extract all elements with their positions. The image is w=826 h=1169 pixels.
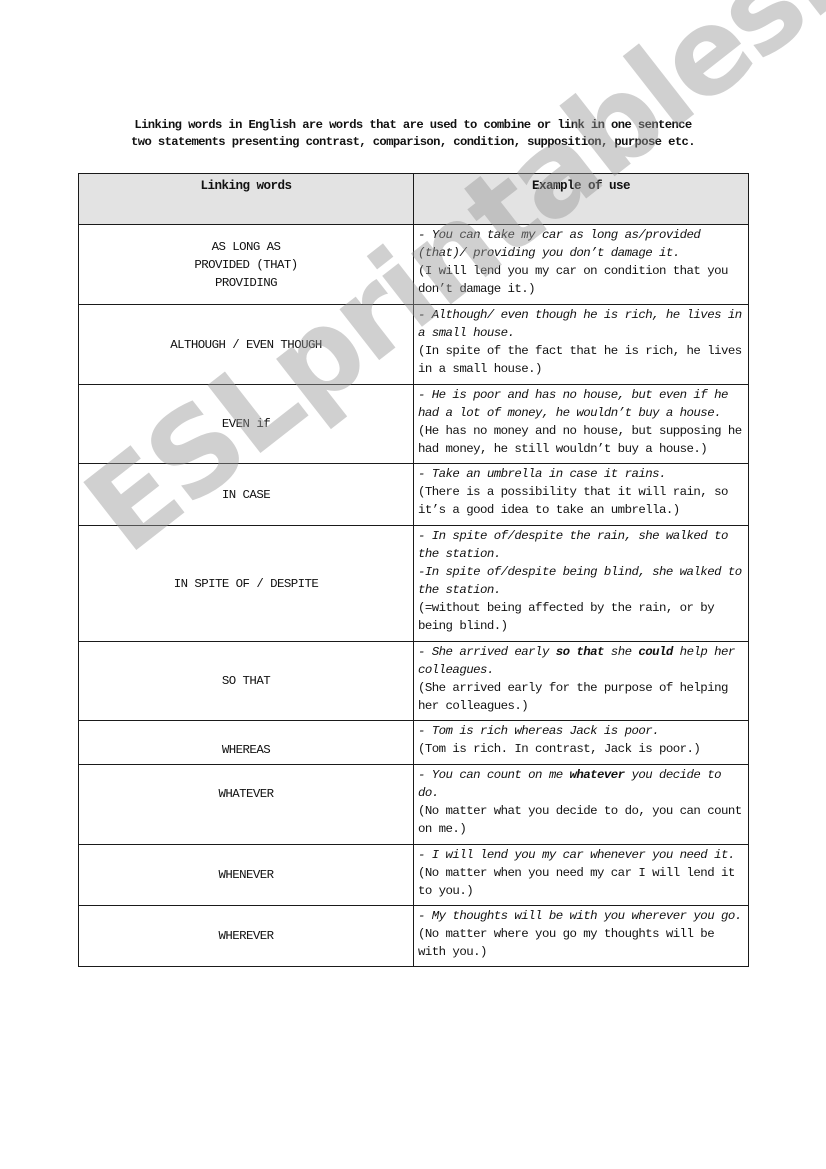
example-text: - You can count on me bbox=[418, 768, 569, 782]
example-sentence: - She arrived early so that she could he… bbox=[418, 643, 746, 679]
example-sentence: - Take an umbrella in case it rains. bbox=[418, 465, 746, 483]
explanation: (He has no money and no house, but suppo… bbox=[418, 422, 746, 458]
example-sentence: - Although/ even though he is rich, he l… bbox=[418, 306, 746, 342]
intro-line-2: two statements presenting contrast, comp… bbox=[100, 134, 726, 151]
example-sentence: - My thoughts will be with you wherever … bbox=[418, 907, 746, 925]
linking-word: WHEREVER bbox=[80, 927, 412, 945]
explanation: (In spite of the fact that he is rich, h… bbox=[418, 342, 746, 378]
example-cell: - He is poor and has no house, but even … bbox=[414, 385, 749, 464]
table-row: IN SPITE OF / DESPITE- In spite of/despi… bbox=[79, 526, 749, 642]
explanation: (No matter what you decide to do, you ca… bbox=[418, 802, 746, 838]
example-sentence: - I will lend you my car whenever you ne… bbox=[418, 846, 746, 864]
example-sentence: - You can count on me whatever you decid… bbox=[418, 766, 746, 802]
linking-word-cell: SO THAT bbox=[79, 642, 414, 721]
table-row: ALTHOUGH / EVEN THOUGH- Although/ even t… bbox=[79, 305, 749, 385]
example-sentence: - You can take my car as long as/provide… bbox=[418, 226, 746, 262]
example-sentence: - In spite of/despite the rain, she walk… bbox=[418, 527, 746, 563]
linking-word-cell: WHEREAS bbox=[79, 721, 414, 765]
example-cell: - My thoughts will be with you wherever … bbox=[414, 906, 749, 967]
explanation: (I will lend you my car on condition tha… bbox=[418, 262, 746, 298]
linking-word: AS LONG AS bbox=[80, 238, 412, 256]
example-text: - She arrived early bbox=[418, 645, 556, 659]
explanation: (There is a possibility that it will rai… bbox=[418, 483, 746, 519]
table-row: WHATEVER- You can count on me whatever y… bbox=[79, 765, 749, 845]
example-cell: - You can take my car as long as/provide… bbox=[414, 225, 749, 305]
linking-word-cell: AS LONG ASPROVIDED (THAT)PROVIDING bbox=[79, 225, 414, 305]
intro-text: Linking words in English are words that … bbox=[100, 117, 726, 151]
explanation: (She arrived early for the purpose of he… bbox=[418, 679, 746, 715]
example-cell: - In spite of/despite the rain, she walk… bbox=[414, 526, 749, 642]
example-cell: - She arrived early so that she could he… bbox=[414, 642, 749, 721]
example-cell: - I will lend you my car whenever you ne… bbox=[414, 845, 749, 906]
example-sentence: - Tom is rich whereas Jack is poor. bbox=[418, 722, 746, 740]
example-sentence: -In spite of/despite being blind, she wa… bbox=[418, 563, 746, 599]
linking-word: PROVIDED (THAT) bbox=[80, 256, 412, 274]
linking-word: IN CASE bbox=[80, 486, 412, 504]
table-row: SO THAT- She arrived early so that she c… bbox=[79, 642, 749, 721]
intro-line-1: Linking words in English are words that … bbox=[100, 117, 726, 134]
linking-words-table: Linking words Example of use AS LONG ASP… bbox=[78, 173, 749, 967]
linking-word-cell: EVEN if bbox=[79, 385, 414, 464]
example-cell: - Take an umbrella in case it rains.(The… bbox=[414, 464, 749, 526]
header-linking-words: Linking words bbox=[79, 174, 414, 225]
table-row: EVEN if- He is poor and has no house, bu… bbox=[79, 385, 749, 464]
header-example-of-use: Example of use bbox=[414, 174, 749, 225]
explanation: (No matter when you need my car I will l… bbox=[418, 864, 746, 900]
linking-word-cell: WHENEVER bbox=[79, 845, 414, 906]
highlighted-linking-word: whatever bbox=[569, 768, 624, 782]
table-row: AS LONG ASPROVIDED (THAT)PROVIDING- You … bbox=[79, 225, 749, 305]
linking-word: WHENEVER bbox=[80, 866, 412, 884]
linking-word: SO THAT bbox=[80, 672, 412, 690]
explanation: (Tom is rich. In contrast, Jack is poor.… bbox=[418, 740, 746, 758]
table-body: AS LONG ASPROVIDED (THAT)PROVIDING- You … bbox=[79, 225, 749, 967]
example-cell: - Tom is rich whereas Jack is poor.(Tom … bbox=[414, 721, 749, 765]
linking-word: PROVIDING bbox=[80, 274, 412, 292]
example-sentence: - He is poor and has no house, but even … bbox=[418, 386, 746, 422]
example-cell: - You can count on me whatever you decid… bbox=[414, 765, 749, 845]
explanation: (No matter where you go my thoughts will… bbox=[418, 925, 746, 961]
table-row: WHENEVER- I will lend you my car wheneve… bbox=[79, 845, 749, 906]
linking-word: WHEREAS bbox=[80, 741, 412, 759]
table-row: WHEREAS- Tom is rich whereas Jack is poo… bbox=[79, 721, 749, 765]
linking-word: WHATEVER bbox=[80, 785, 412, 803]
example-text: she bbox=[604, 645, 638, 659]
explanation: (=without being affected by the rain, or… bbox=[418, 599, 746, 635]
linking-word-cell: IN SPITE OF / DESPITE bbox=[79, 526, 414, 642]
highlighted-linking-word: so that bbox=[556, 645, 604, 659]
table-header-row: Linking words Example of use bbox=[79, 174, 749, 225]
example-cell: - Although/ even though he is rich, he l… bbox=[414, 305, 749, 385]
table-row: IN CASE- Take an umbrella in case it rai… bbox=[79, 464, 749, 526]
highlighted-linking-word: could bbox=[638, 645, 672, 659]
linking-word: IN SPITE OF / DESPITE bbox=[80, 575, 412, 593]
linking-word: EVEN if bbox=[80, 415, 412, 433]
linking-word-cell: WHATEVER bbox=[79, 765, 414, 845]
linking-word-cell: WHEREVER bbox=[79, 906, 414, 967]
table-row: WHEREVER- My thoughts will be with you w… bbox=[79, 906, 749, 967]
linking-word-cell: IN CASE bbox=[79, 464, 414, 526]
linking-word: ALTHOUGH / EVEN THOUGH bbox=[80, 336, 412, 354]
linking-word-cell: ALTHOUGH / EVEN THOUGH bbox=[79, 305, 414, 385]
